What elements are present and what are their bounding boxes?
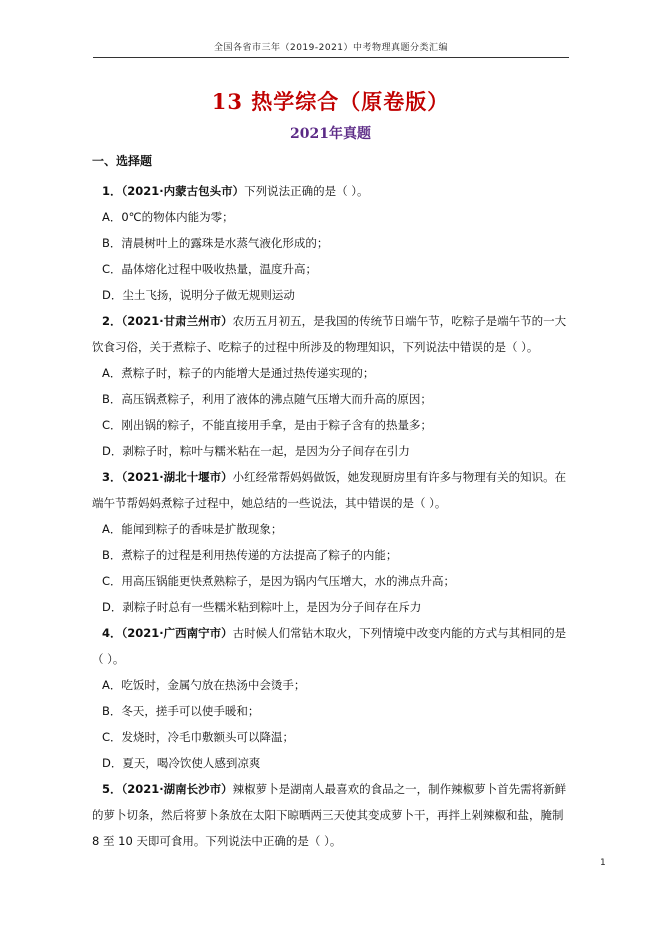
section-heading: 一、选择题 — [92, 152, 570, 178]
running-header-text: 全国各省市三年（2019-2021）中考物理真题分类汇编 — [214, 43, 448, 53]
question-number: 2． — [102, 314, 122, 328]
question-stem: 2．（2021·甘肃兰州市）农历五月初五，是我国的传统节日端午节，吃粽子是端午节… — [92, 308, 570, 360]
question-stem: 5．（2021·湖南长沙市）辣椒萝卜是湖南人最喜欢的食品之一，制作辣椒萝卜首先需… — [92, 776, 570, 854]
question-number: 1． — [102, 184, 122, 198]
option-d: D．剥粽子时，粽叶与糯米粘在一起，是因为分子间存在引力 — [92, 438, 570, 464]
running-header: 全国各省市三年（2019-2021）中考物理真题分类汇编 — [93, 40, 569, 58]
option-a: A．0℃的物体内能为零； — [92, 204, 570, 230]
question-5: 5．（2021·湖南长沙市）辣椒萝卜是湖南人最喜欢的食品之一，制作辣椒萝卜首先需… — [92, 776, 570, 854]
option-b: B．清晨树叶上的露珠是水蒸气液化形成的； — [92, 230, 570, 256]
option-a: A．能闻到粽子的香味是扩散现象； — [92, 516, 570, 542]
option-a: A．煮粽子时，粽子的内能增大是通过热传递实现的； — [92, 360, 570, 386]
question-stem: 3．（2021·湖北十堰市）小红经常帮妈妈做饭，她发现厨房里有许多与物理有关的知… — [92, 464, 570, 516]
question-source: （2021·广西南宁市） — [122, 626, 233, 640]
document-title: 13 热学综合（原卷版） — [0, 86, 661, 116]
question-source: （2021·湖北十堰市） — [122, 470, 233, 484]
option-c: C．发烧时，冷毛巾敷额头可以降温； — [92, 724, 570, 750]
option-a: A．吃饭时，金属勺放在热汤中会烫手； — [92, 672, 570, 698]
option-d: D．夏天，喝冷饮使人感到凉爽 — [92, 750, 570, 776]
option-c: C．刚出锅的粽子，不能直接用手拿，是由于粽子含有的热量多； — [92, 412, 570, 438]
question-source: （2021·甘肃兰州市） — [122, 314, 233, 328]
option-d: D．剥粽子时总有一些糯米粘到粽叶上，是因为分子间存在斥力 — [92, 594, 570, 620]
question-1: 1．（2021·内蒙古包头市）下列说法正确的是（ ）。 A．0℃的物体内能为零；… — [92, 178, 570, 308]
question-number: 4． — [102, 626, 122, 640]
option-d: D．尘土飞扬，说明分子做无规则运动 — [92, 282, 570, 308]
option-b: B．煮粽子的过程是利用热传递的方法提高了粽子的内能； — [92, 542, 570, 568]
question-stem: 1．（2021·内蒙古包头市）下列说法正确的是（ ）。 — [92, 178, 570, 204]
question-2: 2．（2021·甘肃兰州市）农历五月初五，是我国的传统节日端午节，吃粽子是端午节… — [92, 308, 570, 464]
option-c: C．用高压锅能更快煮熟粽子，是因为锅内气压增大，水的沸点升高； — [92, 568, 570, 594]
option-c: C．晶体熔化过程中吸收热量，温度升高； — [92, 256, 570, 282]
option-b: B．冬天，搓手可以使手暖和； — [92, 698, 570, 724]
question-stem: 4．（2021·广西南宁市）古时候人们常钻木取火，下列情境中改变内能的方式与其相… — [92, 620, 570, 672]
option-b: B．高压锅煮粽子，利用了液体的沸点随气压增大而升高的原因； — [92, 386, 570, 412]
question-4: 4．（2021·广西南宁市）古时候人们常钻木取火，下列情境中改变内能的方式与其相… — [92, 620, 570, 776]
question-text: 下列说法正确的是（ ）。 — [244, 184, 368, 198]
question-number: 5． — [102, 782, 122, 796]
question-source: （2021·内蒙古包头市） — [122, 184, 245, 198]
page-number: 1 — [600, 858, 606, 868]
document-body: 一、选择题 1．（2021·内蒙古包头市）下列说法正确的是（ ）。 A．0℃的物… — [92, 152, 570, 854]
question-source: （2021·湖南长沙市） — [122, 782, 233, 796]
question-3: 3．（2021·湖北十堰市）小红经常帮妈妈做饭，她发现厨房里有许多与物理有关的知… — [92, 464, 570, 620]
document-subtitle: 2021年真题 — [0, 123, 661, 143]
question-number: 3． — [102, 470, 122, 484]
